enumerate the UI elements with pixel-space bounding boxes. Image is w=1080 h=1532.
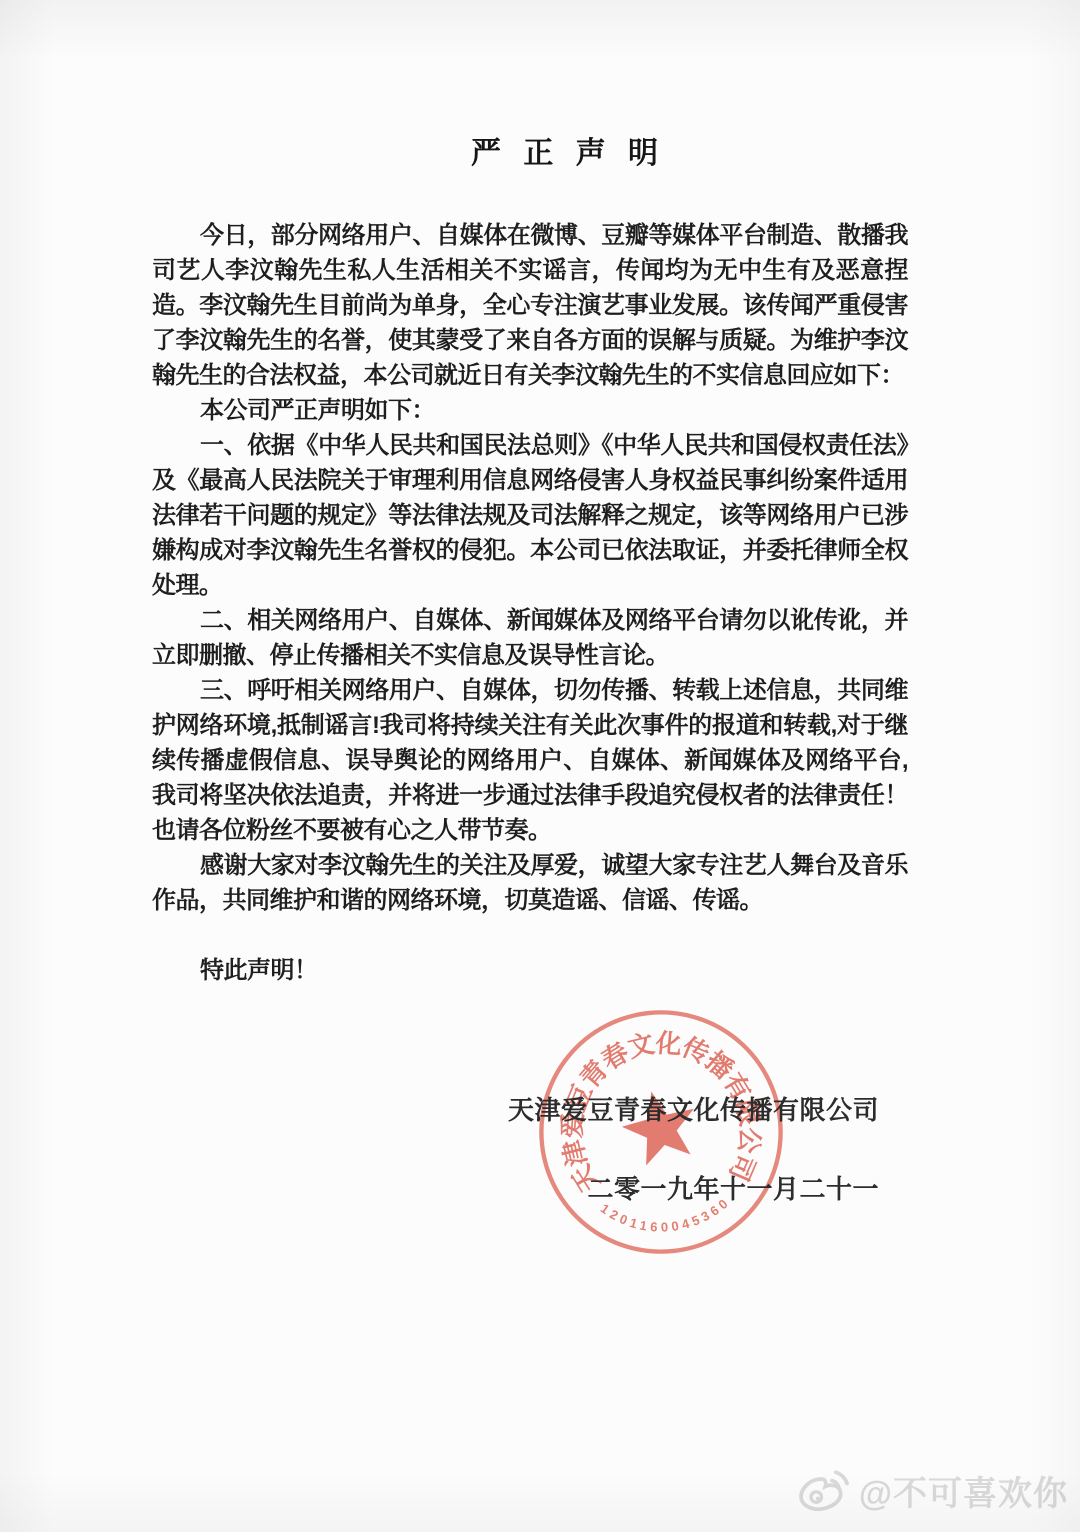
statement-paragraph: 感谢大家对李汶翰先生的关注及厚爱，诚望大家专注艺人舞台及音乐作品，共同维护和谐的…: [152, 848, 908, 918]
closing-line: 特此声明！: [152, 953, 908, 988]
statement-paragraph: 今日，部分网络用户、自媒体在微博、豆瓣等媒体平台制造、散播我司艺人李汶翰先生私人…: [152, 218, 908, 393]
signature-company: 天津爱豆青春文化传播有限公司: [508, 1090, 879, 1127]
statement-paragraph: 一、依据《中华人民共和国民法总则》《中华人民共和国侵权责任法》及《最高人民法院关…: [152, 428, 908, 603]
watermark-handle: @不可喜欢你: [859, 1466, 1068, 1515]
signature-date: 二零一九年十一月二十一: [508, 1169, 879, 1206]
weibo-watermark: @不可喜欢你: [796, 1466, 1068, 1515]
statement-body: 今日，部分网络用户、自媒体在微博、豆瓣等媒体平台制造、散播我司艺人李汶翰先生私人…: [152, 218, 908, 988]
weibo-icon: [796, 1468, 850, 1514]
signature-block: 天津爱豆青春文化传播有限公司 二零一九年十一月二十一: [508, 1090, 879, 1206]
statement-document: 严 正 声 明 今日，部分网络用户、自媒体在微博、豆瓣等媒体平台制造、散播我司艺…: [0, 0, 1080, 1532]
statement-title: 严 正 声 明: [28, 128, 1080, 172]
statement-paragraph: 二、相关网络用户、自媒体、新闻媒体及网络平台请勿以讹传讹，并立即删撤、停止传播相…: [152, 603, 908, 673]
statement-paragraph: 三、呼吁相关网络用户、自媒体，切勿传播、转载上述信息，共同维护网络环境,抵制谣言…: [152, 673, 908, 848]
statement-paragraph: 本公司严正声明如下：: [152, 393, 908, 428]
